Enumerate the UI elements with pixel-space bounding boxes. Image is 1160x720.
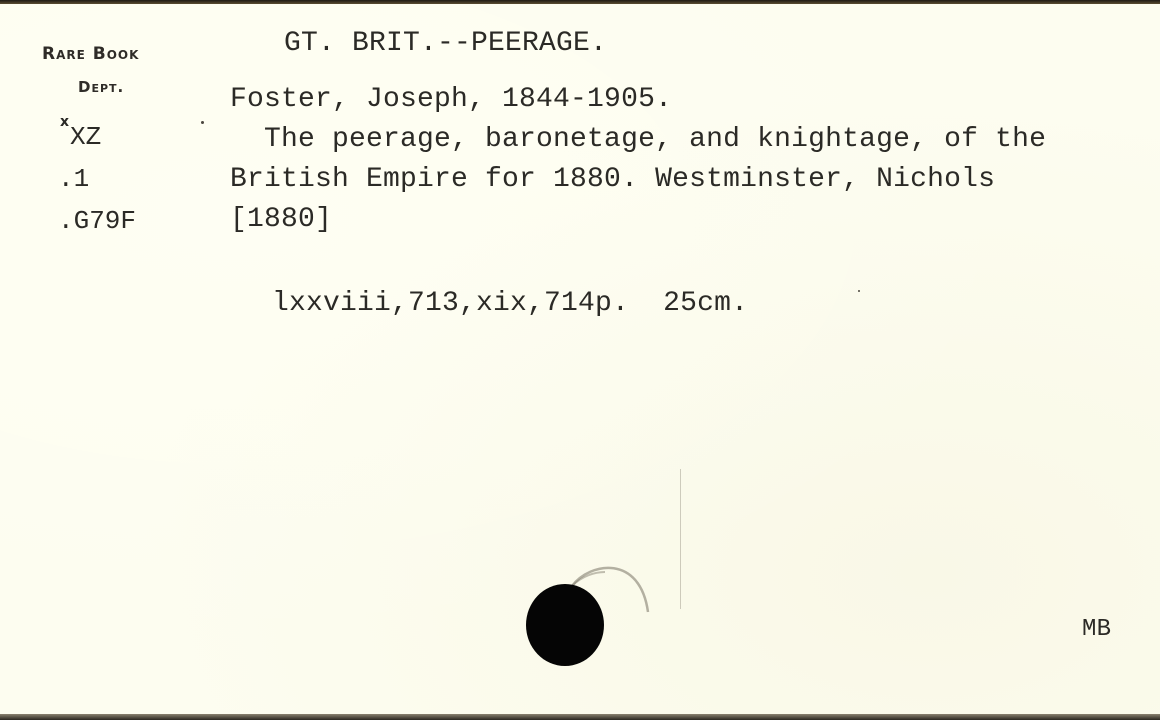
cataloger-initials: MB [1082,618,1111,642]
call-number-line-3: .G79F [58,206,136,236]
collation: lxxviii,713,xix,714p. 25cm. [272,290,748,318]
stamp-rare-book: Rare Book [42,44,139,64]
subject-heading: GT. BRIT.--PEERAGE. [284,30,607,58]
catalog-card: Rare Book Dept. x XZ .1 .G79F GT. BRIT.-… [0,4,1160,716]
card-rod-hole [526,584,604,666]
card-bottom-edge [0,714,1160,720]
faint-pencil-line [680,469,681,609]
ink-speck [858,290,860,292]
call-number-superscript: x [60,114,69,130]
stamp-dept: Dept. [78,78,124,96]
call-number-line-2: .1 [58,164,89,194]
title-line-1: The peerage, baronetage, and knightage, … [230,126,1046,154]
call-number-line-1: XZ [70,122,101,152]
author-heading: Foster, Joseph, 1844-1905. [230,86,672,114]
imprint-date: [1880] [230,206,332,234]
ink-speck [201,121,204,124]
title-line-2: British Empire for 1880. Westminster, Ni… [230,166,995,194]
